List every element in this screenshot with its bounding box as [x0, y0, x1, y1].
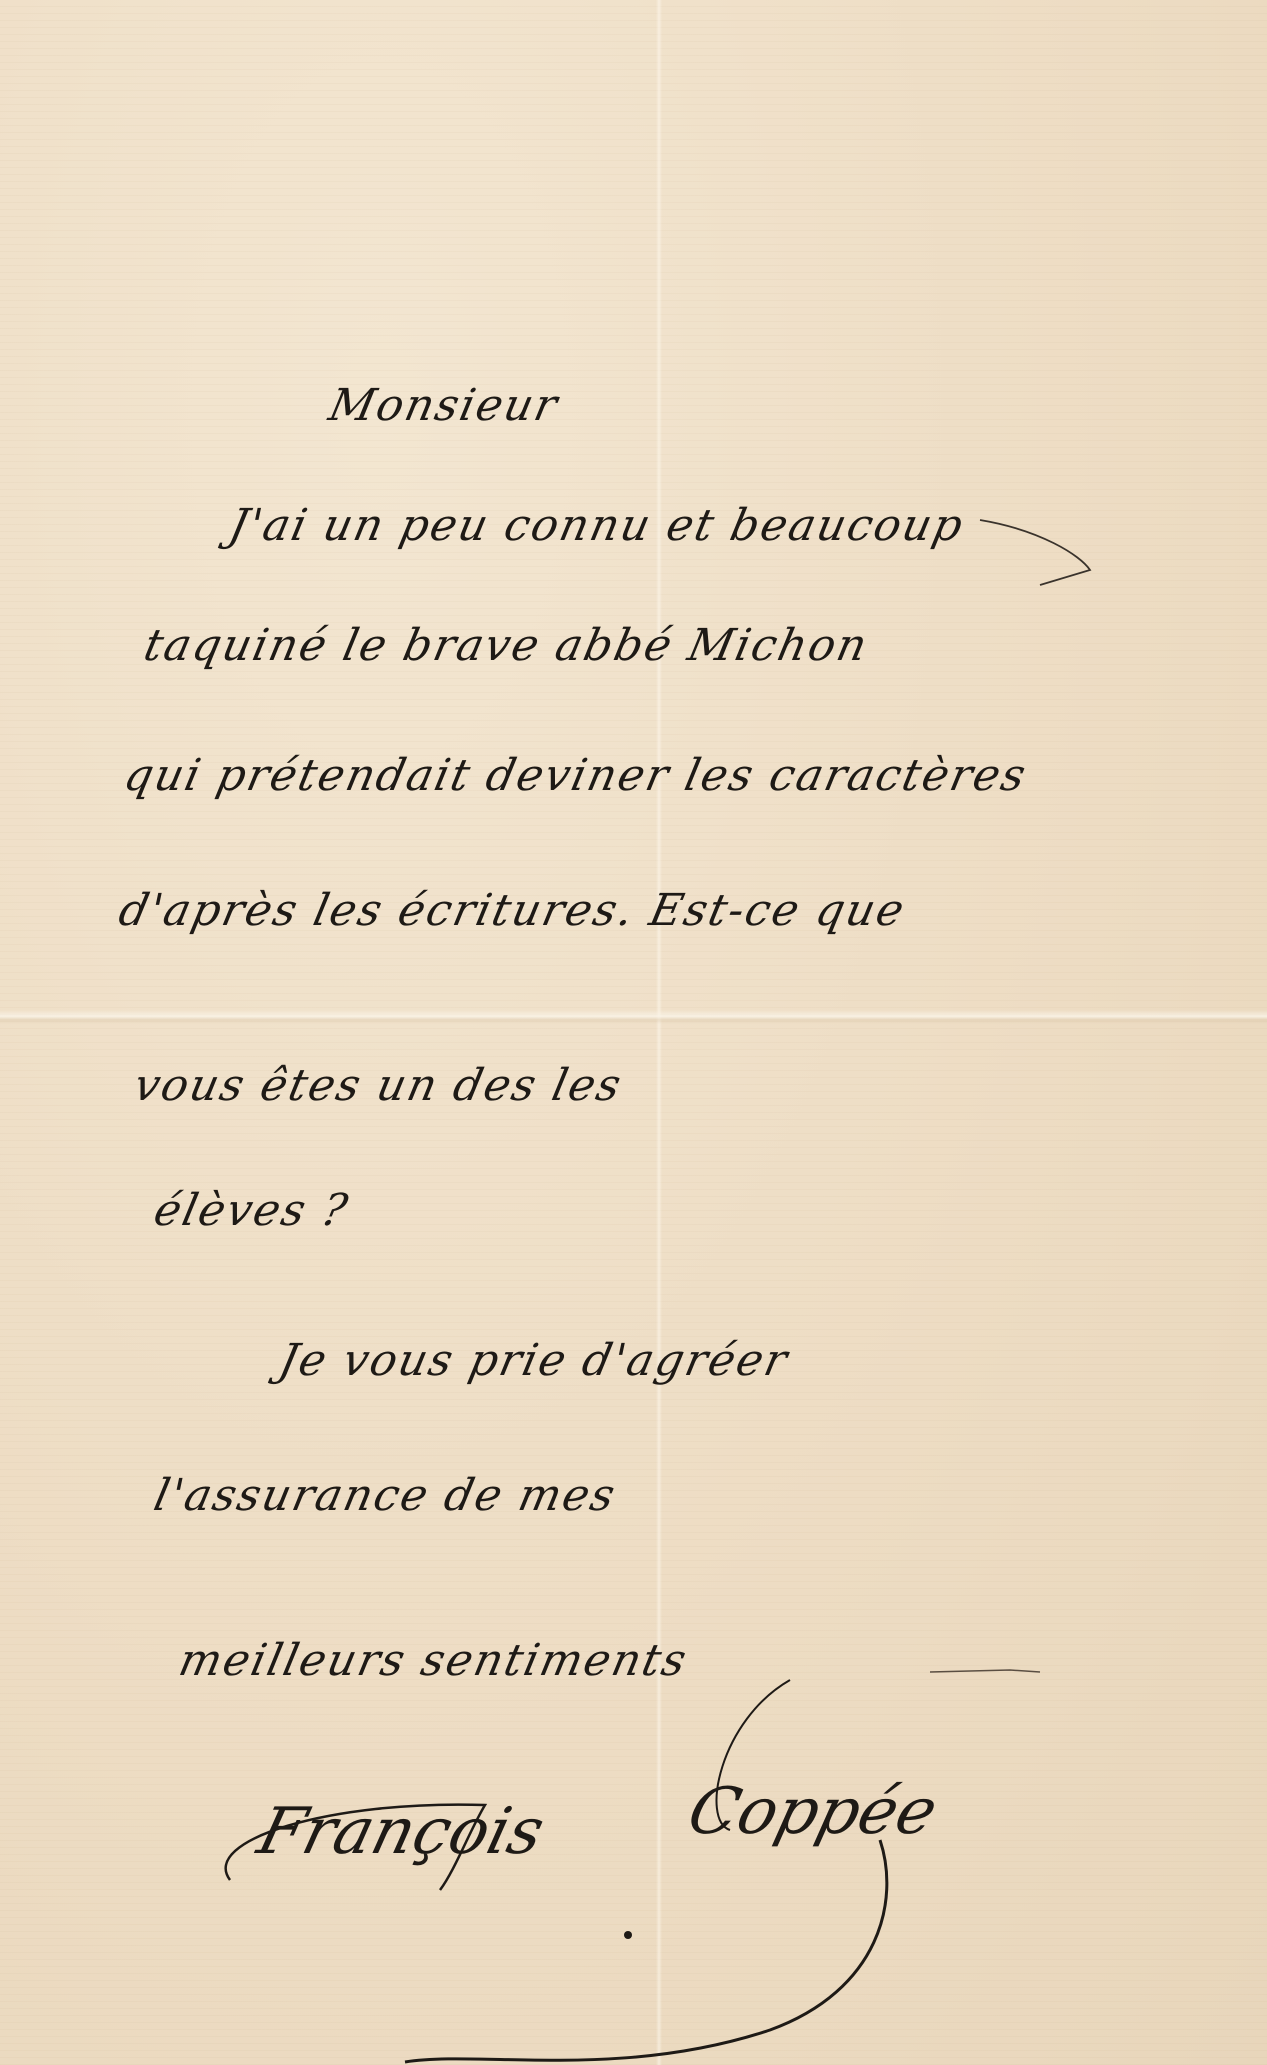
letter-page: Monsieur J'ai un peu connu et beaucoup t… [0, 0, 1267, 2065]
signature-flourish-icon [0, 0, 1267, 2065]
